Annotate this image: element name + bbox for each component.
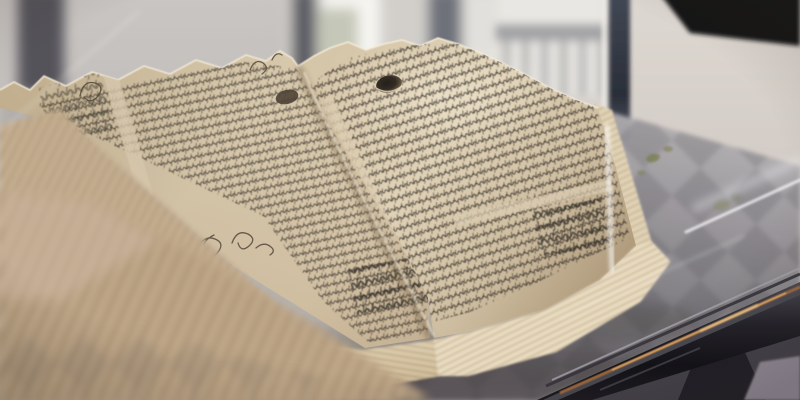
- museum-photo: [0, 0, 800, 400]
- scene-canvas: [0, 0, 800, 400]
- vignette: [0, 0, 800, 400]
